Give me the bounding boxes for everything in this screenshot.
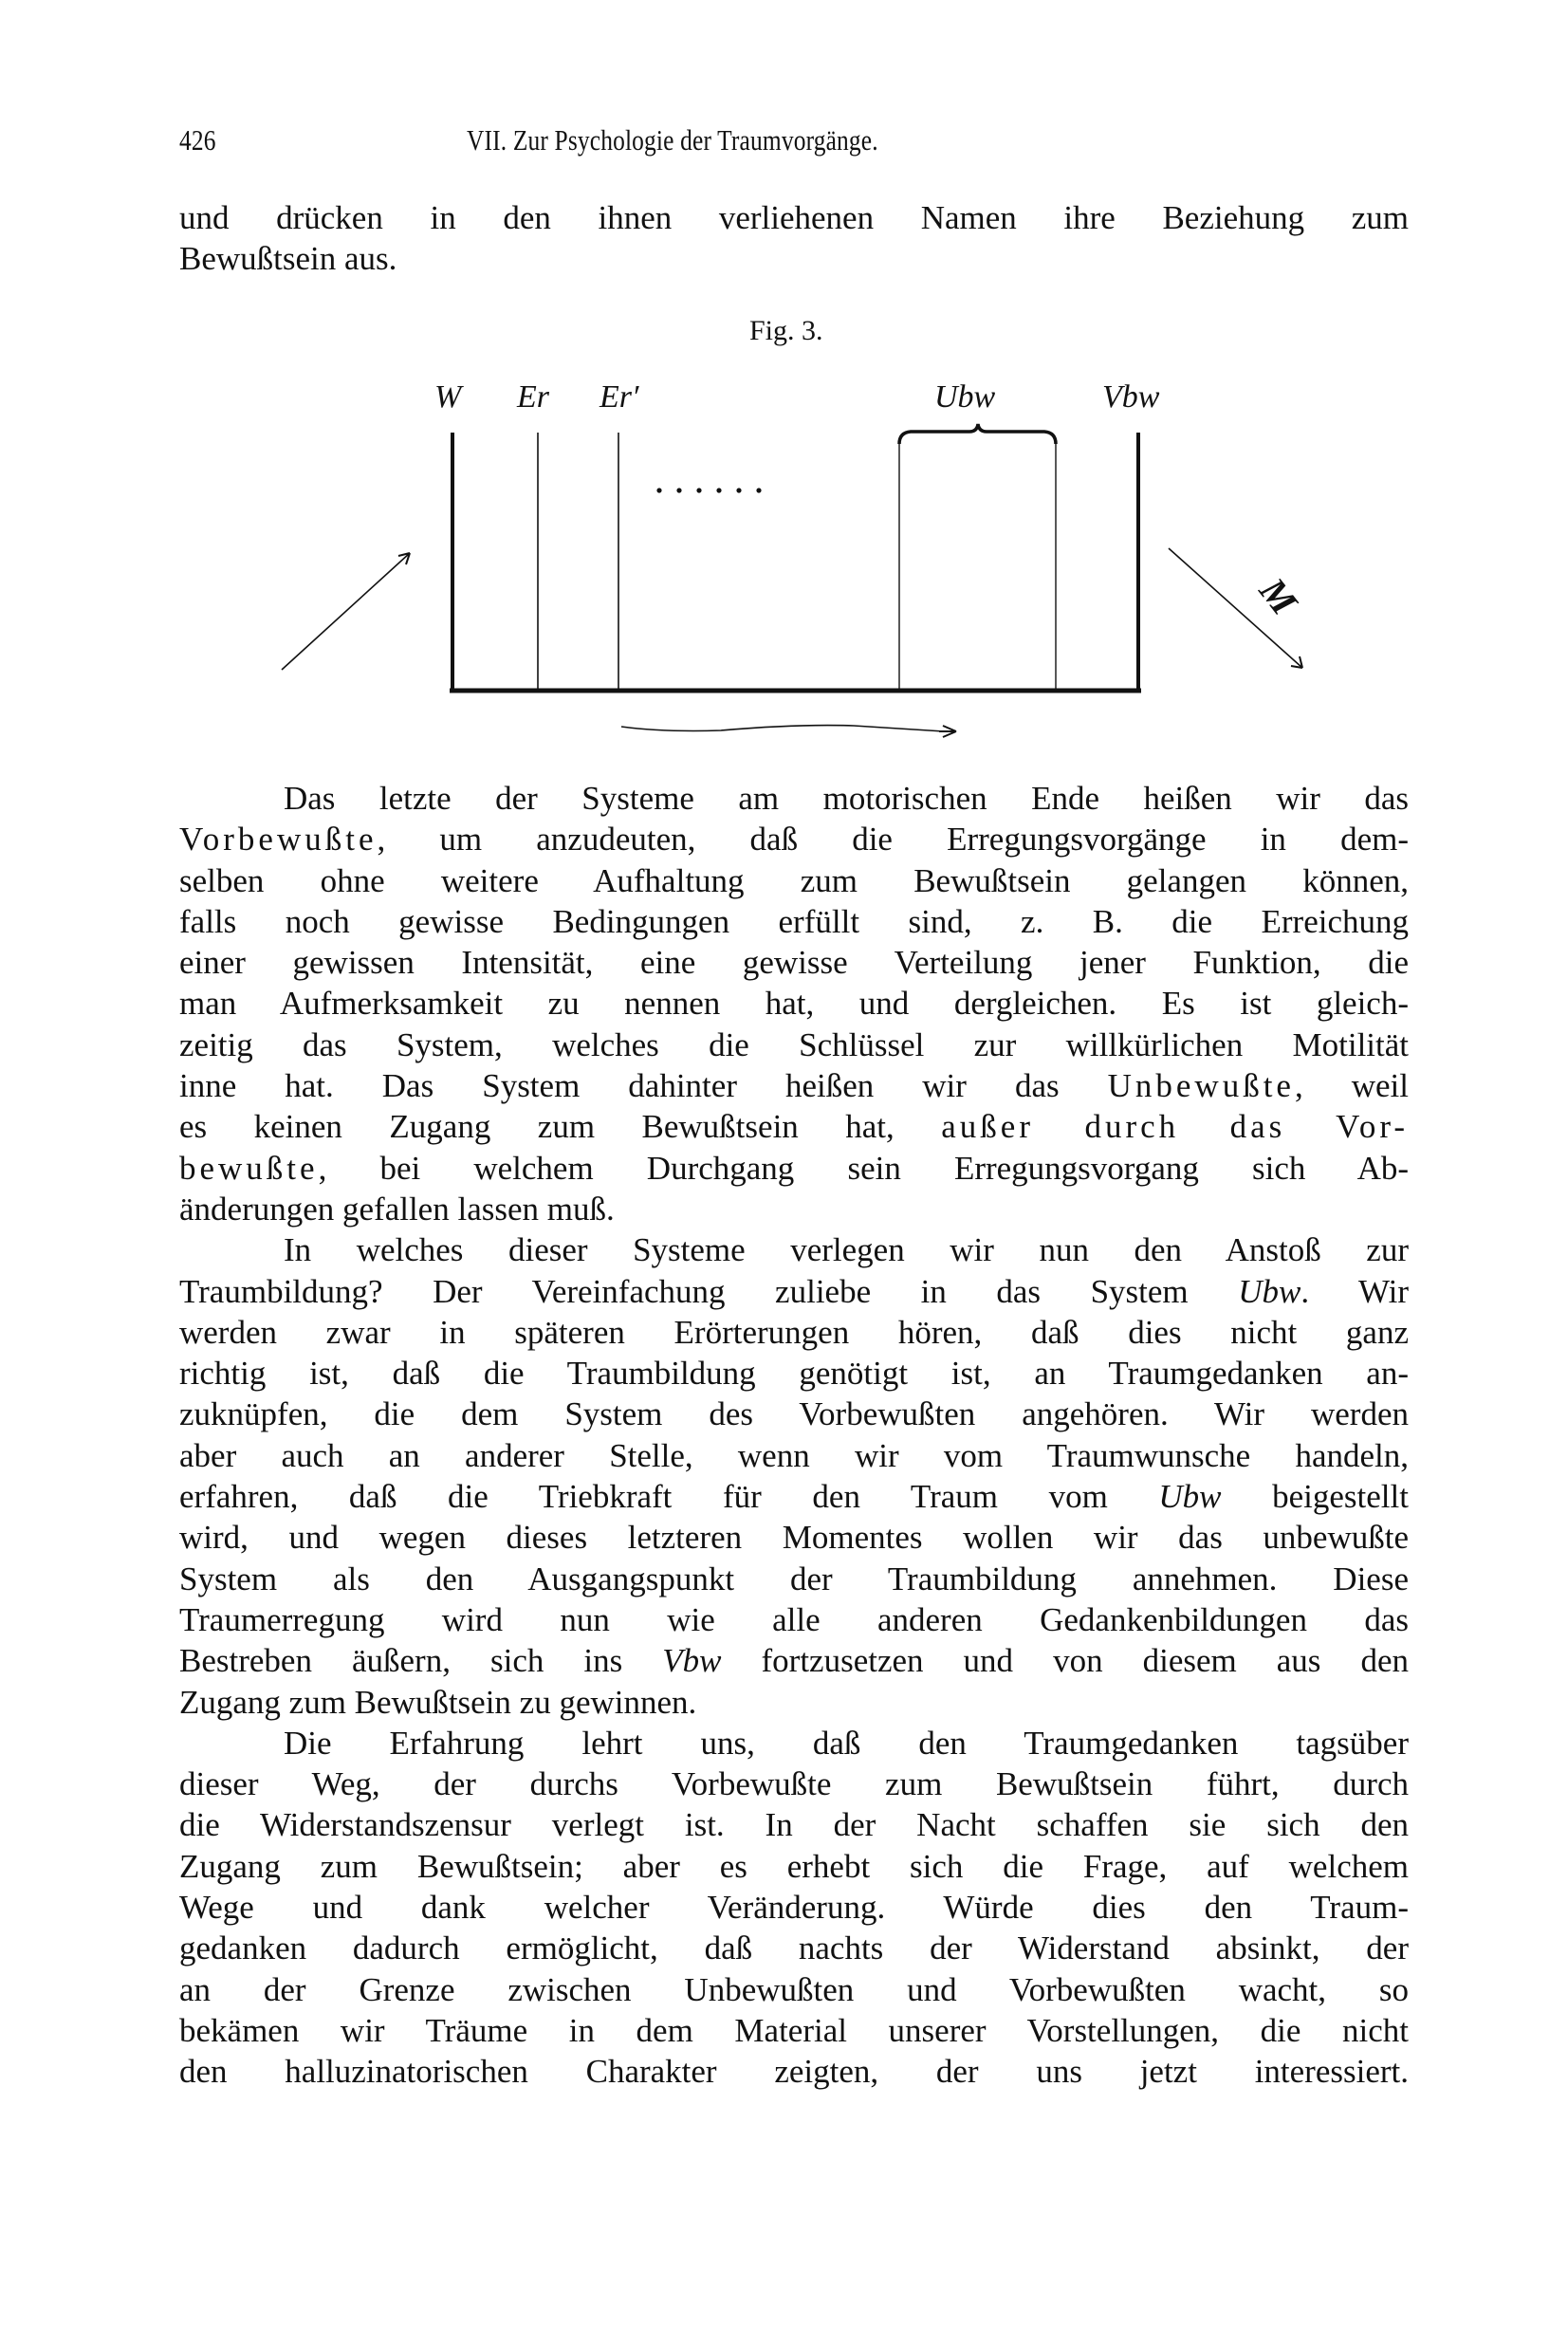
text-line: einer gewissen Intensität, eine gewisse …	[179, 942, 1409, 983]
text-fragment: . Wir	[1301, 1273, 1409, 1310]
text-line: zeitig das System, welches die Schlüssel…	[179, 1025, 1409, 1065]
emphasis-ubw: Ubw	[1158, 1478, 1221, 1515]
text-line: Das letzte der Systeme am motorischen En…	[179, 778, 1409, 819]
ellipsis-dots	[656, 488, 761, 492]
emphasis-ubw: Ubw	[1238, 1273, 1301, 1310]
text-fragment: Bestreben äußern, sich ins	[179, 1642, 662, 1679]
text-fragment: inne hat. Das System dahinter heißen wir…	[179, 1067, 1108, 1104]
text-fragment: , um anzudeuten, daß die Erregungsvorgän…	[378, 821, 1410, 858]
text-line: Die Erfahrung lehrt uns, daß den Traumge…	[179, 1723, 1409, 1763]
text-line: Vorbewußte, um anzudeuten, daß die Erreg…	[179, 819, 1409, 859]
text-line: selben ohne weitere Aufhaltung zum Bewuß…	[179, 860, 1409, 901]
text-line: bewußte, bei welchem Durchgang sein Erre…	[179, 1148, 1409, 1189]
text-line: gedanken dadurch ermöglicht, daß nachts …	[179, 1928, 1409, 1968]
text-fragment: , weil	[1295, 1067, 1409, 1104]
text-line: änderungen gefallen lassen muß.	[179, 1189, 1409, 1229]
input-arrow-icon	[282, 553, 410, 670]
text-line: an der Grenze zwischen Unbewußten und Vo…	[179, 1969, 1409, 2010]
text-line: richtig ist, daß die Traumbildung genöti…	[179, 1353, 1409, 1394]
text-line: die Widerstandszensur verlegt ist. In de…	[179, 1804, 1409, 1845]
text-line: falls noch gewisse Bedingungen erfüllt s…	[179, 901, 1409, 942]
text-line: Bestreben äußern, sich ins Vbw fortzuset…	[179, 1640, 1409, 1681]
emphasis-bewusste: bewußte	[179, 1150, 319, 1187]
text-line: In welches dieser Systeme verlegen wir n…	[179, 1229, 1409, 1270]
text-line: den halluzinatorischen Charakter zeigten…	[179, 2051, 1409, 2092]
psychic-apparatus-diagram	[0, 0, 1568, 759]
text-fragment: fortzusetzen und von diesem aus den	[721, 1642, 1409, 1679]
text-line: es keinen Zugang zum Bewußtsein hat, auß…	[179, 1106, 1409, 1147]
paragraph-1: Das letzte der Systeme am motorischen En…	[179, 778, 1409, 2093]
text-line: inne hat. Das System dahinter heißen wir…	[179, 1065, 1409, 1106]
text-line: Zugang zum Bewußtsein zu gewinnen.	[179, 1682, 1409, 1723]
emphasis-vbw: Vbw	[662, 1642, 721, 1679]
emphasis-ausser-durch: außer durch das Vor-	[941, 1108, 1409, 1145]
text-line: aber auch an anderer Stelle, wenn wir vo…	[179, 1435, 1409, 1476]
text-line: System als den Ausgangspunkt der Traumbi…	[179, 1559, 1409, 1599]
text-line: dieser Weg, der durchs Vorbewußte zum Be…	[179, 1763, 1409, 1804]
ubw-brace-icon	[899, 424, 1056, 444]
emphasis-vorbewusste: Vorbewußte	[179, 821, 378, 858]
direction-arrow-icon	[621, 726, 944, 731]
text-fragment: Traumbildung? Der Vereinfachung zuliebe …	[179, 1273, 1238, 1310]
text-line: zuknüpfen, die dem System des Vorbewußte…	[179, 1394, 1409, 1434]
motor-arrow-icon	[1169, 548, 1302, 668]
text-fragment: erfahren, daß die Triebkraft für den Tra…	[179, 1478, 1158, 1515]
text-line: Wege und dank welcher Veränderung. Würde…	[179, 1887, 1409, 1928]
text-line: wird, und wegen dieses letzteren Momente…	[179, 1517, 1409, 1558]
text-line: werden zwar in späteren Erörterungen hör…	[179, 1312, 1409, 1353]
text-line: bekämen wir Träume in dem Material unser…	[179, 2010, 1409, 2051]
text-fragment: beigestellt	[1222, 1478, 1409, 1515]
text-line: man Aufmerksamkeit zu nennen hat, und de…	[179, 983, 1409, 1024]
text-fragment: es keinen Zugang zum Bewußtsein hat,	[179, 1108, 941, 1145]
text-line: erfahren, daß die Triebkraft für den Tra…	[179, 1476, 1409, 1517]
text-line: Zugang zum Bewußtsein; aber es erhebt si…	[179, 1846, 1409, 1887]
text-line: Traumerregung wird nun wie alle anderen …	[179, 1599, 1409, 1640]
emphasis-unbewusste: Unbewußte	[1108, 1067, 1295, 1104]
text-line: Traumbildung? Der Vereinfachung zuliebe …	[179, 1271, 1409, 1312]
text-fragment: , bei welchem Durchgang sein Erregungsvo…	[319, 1150, 1409, 1187]
